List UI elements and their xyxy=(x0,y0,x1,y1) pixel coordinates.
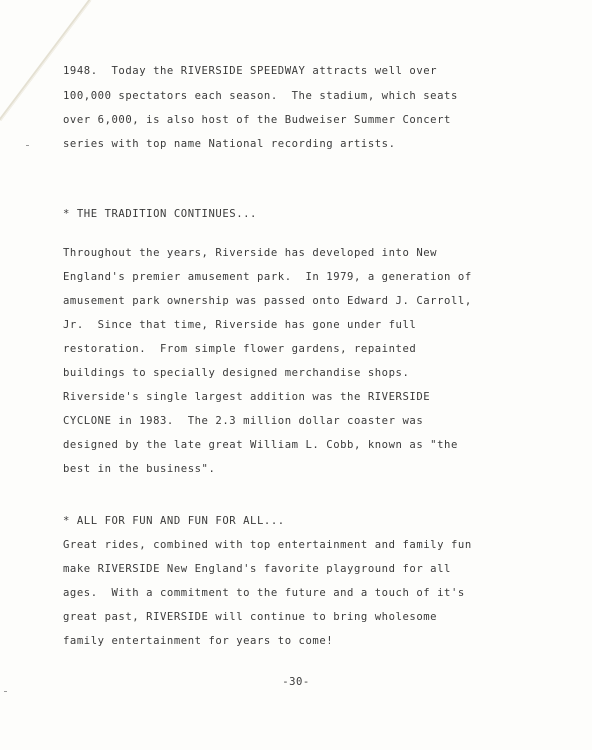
paragraph-line: make RIVERSIDE New England's favorite pl… xyxy=(63,562,451,576)
paragraph-line: best in the business". xyxy=(63,462,215,476)
paragraph-line: family entertainment for years to come! xyxy=(63,634,333,648)
scan-speck xyxy=(4,691,7,692)
intro-line: series with top name National recording … xyxy=(63,137,396,151)
paragraph-line: buildings to specially designed merchand… xyxy=(63,366,409,380)
paragraph-line: Riverside's single largest addition was … xyxy=(63,390,430,404)
paragraph-line: Throughout the years, Riverside has deve… xyxy=(63,246,437,260)
intro-line: 100,000 spectators each season. The stad… xyxy=(63,89,458,103)
paragraph-line: great past, RIVERSIDE will continue to b… xyxy=(63,610,437,624)
document-page: 1948. Today the RIVERSIDE SPEEDWAY attra… xyxy=(0,0,592,750)
section-heading-tradition: * THE TRADITION CONTINUES... xyxy=(63,207,257,221)
paragraph-line: Jr. Since that time, Riverside has gone … xyxy=(63,318,416,332)
paragraph-line: CYCLONE in 1983. The 2.3 million dollar … xyxy=(63,414,423,428)
page-number: -30- xyxy=(0,676,592,688)
paragraph-line: amusement park ownership was passed onto… xyxy=(63,294,472,308)
intro-line: 1948. Today the RIVERSIDE SPEEDWAY attra… xyxy=(63,64,437,78)
paragraph-line: England's premier amusement park. In 197… xyxy=(63,270,472,284)
intro-line: over 6,000, is also host of the Budweise… xyxy=(63,113,451,127)
paragraph-line: designed by the late great William L. Co… xyxy=(63,438,458,452)
section-heading-fun: * ALL FOR FUN AND FUN FOR ALL... xyxy=(63,514,285,528)
scan-speck xyxy=(26,145,29,146)
paragraph-line: ages. With a commitment to the future an… xyxy=(63,586,465,600)
paragraph-line: Great rides, combined with top entertain… xyxy=(63,538,472,552)
paragraph-line: restoration. From simple flower gardens,… xyxy=(63,342,416,356)
